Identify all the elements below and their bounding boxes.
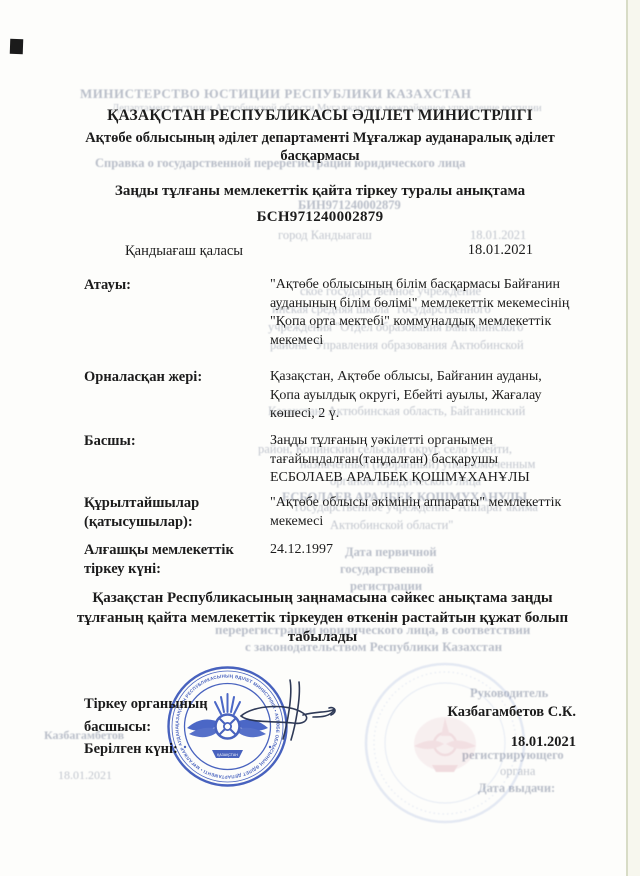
ghost-text: МИНИСТЕРСТВО ЮСТИЦИИ РЕСПУБЛИКИ КАЗАХСТА… xyxy=(80,86,471,102)
page-edge-strip xyxy=(628,0,640,876)
ghost-text: 18.01.2021 xyxy=(58,768,112,783)
field-label: Орналасқан жері: xyxy=(84,368,259,387)
ghost-seal xyxy=(362,660,528,826)
page-edge-line xyxy=(626,0,628,876)
statement-text: Қазақстан Республикасының заңнамасына сә… xyxy=(70,589,575,648)
ministry-title: ҚАЗАҚСТАН РЕСПУБЛИКАСЫ ӘДІЛЕТ МИНИСТРЛІГ… xyxy=(60,107,580,125)
seal-center-label: ҚАЗАҚСТАН xyxy=(217,753,238,757)
field-value: 24.12.1997 xyxy=(270,541,572,560)
registrar-name: Казбагамбетов С.К. xyxy=(447,704,576,721)
city-label: Қандыағаш қаласы xyxy=(125,243,243,260)
scanned-certificate-page: МИНИСТЕРСТВО ЮСТИЦИИ РЕСПУБЛИКИ КАЗАХСТА… xyxy=(0,0,640,876)
field-value: "Ақтөбе облысы әкімінің аппараты" мемлек… xyxy=(270,494,572,531)
ghost-text: город Кандыагаш xyxy=(278,228,372,243)
ghost-text: 18.01.2021 xyxy=(470,228,526,243)
issue-date-value: 18.01.2021 xyxy=(511,734,576,751)
header-date: 18.01.2021 xyxy=(468,242,533,259)
field-label: Құрылтайшылар (қатысушылар): xyxy=(84,494,259,531)
ghost-text: государственной xyxy=(340,562,434,577)
field-label: Алғашқы мемлекеттік тіркеу күні: xyxy=(84,541,259,578)
signature xyxy=(233,670,343,748)
scan-corner-mark xyxy=(10,39,24,54)
field-label: Атауы: xyxy=(84,276,259,295)
issued-date-label: Берілген күні: xyxy=(84,741,178,758)
department-title: Ақтөбе облысының әділет департаменті Мұғ… xyxy=(60,129,580,165)
field-label: Басшы: xyxy=(84,432,259,451)
document-title: Заңды тұлғаны мемлекеттік қайта тіркеу т… xyxy=(60,183,580,200)
field-value: "Ақтөбе облысының білім басқармасы Байға… xyxy=(270,276,572,350)
field-value: Заңды тұлғаның уәкілетті органымен тағай… xyxy=(270,432,572,488)
field-value: Қазақстан, Ақтөбе облысы, Байғанин аудан… xyxy=(270,368,572,424)
bsn-number: БСН971240002879 xyxy=(60,209,580,226)
